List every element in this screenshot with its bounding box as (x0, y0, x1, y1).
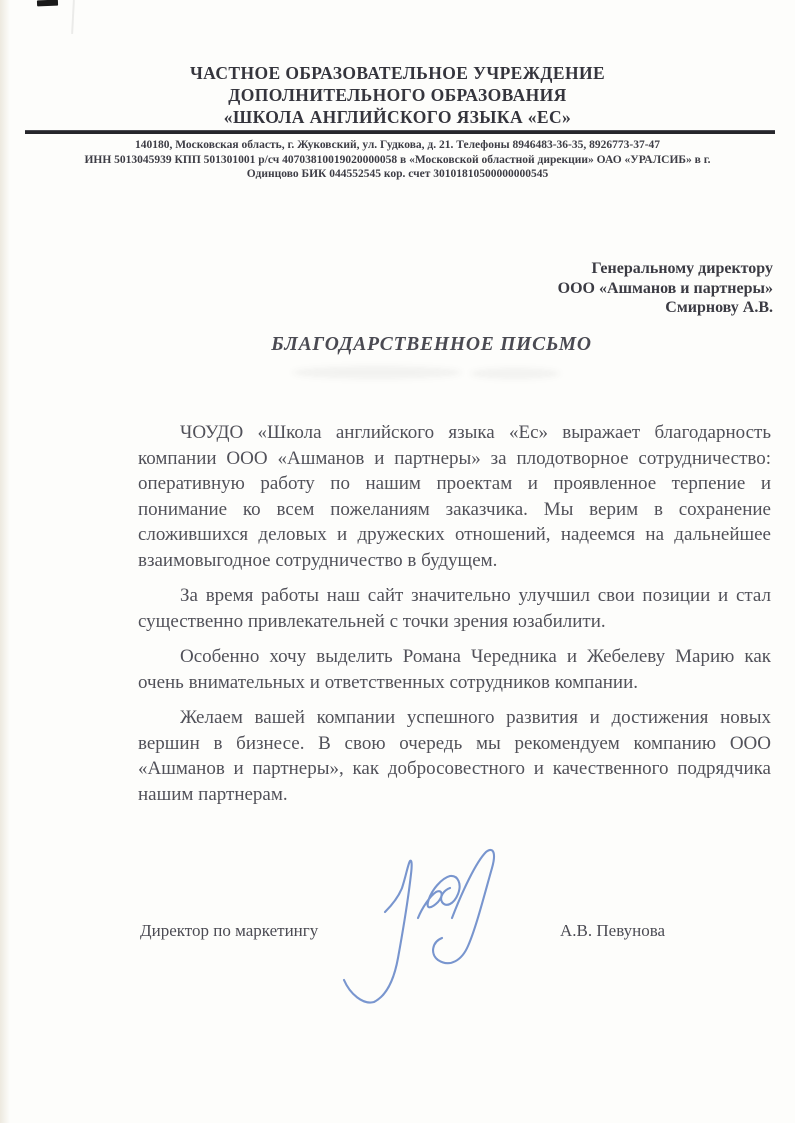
addressee-line: Смирнову А.В. (558, 298, 773, 318)
letter-paragraph: За время работы наш сайт значительно улу… (138, 583, 771, 634)
scan-artifact-smudge (470, 368, 560, 379)
letter-body: ЧОУДО «Школа английского языка «Ес» выра… (138, 420, 771, 817)
scan-artifact-corner-mark (37, 0, 58, 6)
letter-paragraph: ЧОУДО «Школа английского языка «Ес» выра… (138, 420, 771, 573)
signature-stroke (418, 876, 460, 918)
signatory-position: Директор по маркетингу (140, 921, 318, 941)
signatory-name: А.В. Певунова (560, 921, 665, 941)
contact-line: ИНН 5013045939 КПП 501301001 р/сч 407038… (0, 153, 795, 168)
scan-artifact-crease (71, 0, 75, 34)
letterhead-contact-info: 140180, Московская область, г. Жуковский… (0, 138, 795, 182)
contact-line: Одинцово БИК 044552545 кор. счет 3010181… (0, 167, 795, 182)
signature-stroke (433, 850, 494, 963)
letter-paragraph: Особенно хочу выделить Романа Чередника … (138, 644, 771, 695)
letter-paragraph: Желаем вашей компании успешного развития… (138, 705, 771, 807)
letter-title: БЛАГОДАРСТВЕННОЕ ПИСЬМО (34, 334, 795, 356)
signature-stroke (344, 861, 412, 1003)
addressee-block: Генеральному директору ООО «Ашманов и па… (558, 259, 773, 318)
letter-document: ЧАСТНОЕ ОБРАЗОВАТЕЛЬНОЕ УЧРЕЖДЕНИЕ ДОПОЛ… (0, 0, 795, 1123)
scan-artifact-smudge (292, 366, 462, 379)
org-name-line: «ШКОЛА АНГЛИЙСКОГО ЯЗЫКА «ЕС» (0, 106, 795, 128)
letterhead: ЧАСТНОЕ ОБРАЗОВАТЕЛЬНОЕ УЧРЕЖДЕНИЕ ДОПОЛ… (0, 62, 795, 128)
addressee-line: ООО «Ашманов и партнеры» (558, 279, 773, 299)
handwritten-signature-icon (318, 846, 518, 1011)
letterhead-divider (25, 130, 775, 134)
org-name-line: ДОПОЛНИТЕЛЬНОГО ОБРАЗОВАНИЯ (0, 84, 795, 106)
org-name-line: ЧАСТНОЕ ОБРАЗОВАТЕЛЬНОЕ УЧРЕЖДЕНИЕ (0, 62, 795, 84)
contact-line: 140180, Московская область, г. Жуковский… (0, 138, 795, 153)
addressee-line: Генеральному директору (558, 259, 773, 279)
